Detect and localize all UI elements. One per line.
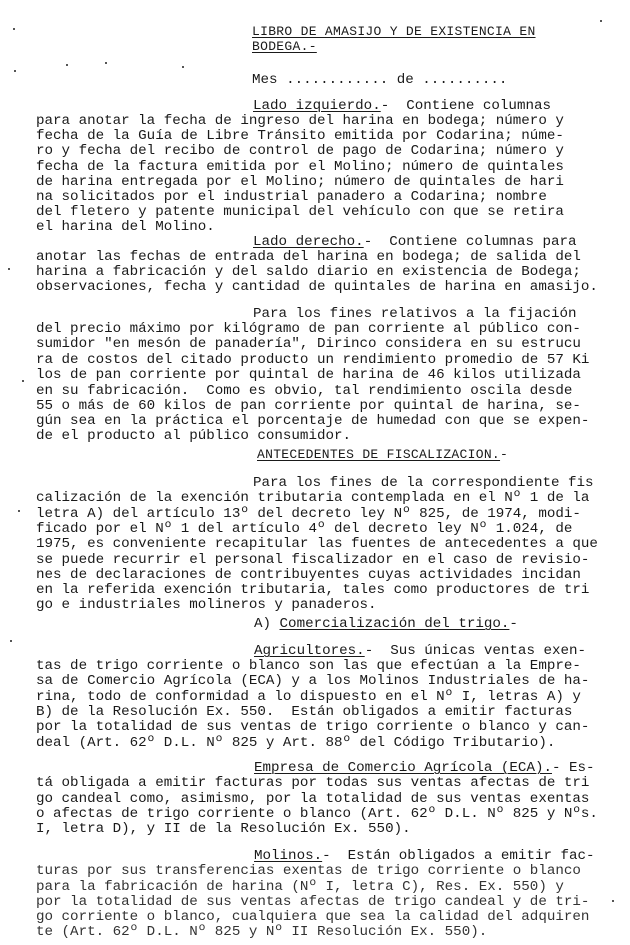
paragraph-line: del precio máximo por kilógramo de pan c… [36, 322, 581, 337]
molinos-heading: Molinos. [254, 848, 322, 864]
paragraph-line: en su fabricación. Como es obvio, tal re… [36, 384, 572, 399]
year-label: de [397, 72, 414, 88]
paragraph-line: te (Art. 62º D.L. Nº 825 y Nº II Resoluc… [36, 925, 487, 940]
comercializacion-heading-suffix: - [509, 616, 518, 632]
agricultores-heading-line: Agricultores.- Sus únicas ventas exen- [254, 644, 586, 659]
paragraph-line: calización de la exención tributaria con… [36, 491, 589, 506]
scan-speck [18, 510, 20, 512]
lado-derecho-heading-line: Lado derecho.- Contiene columnas para [253, 235, 577, 250]
scan-speck [600, 20, 602, 22]
paragraph-line: para la fabricación de harina (Nº I, let… [36, 880, 564, 895]
paragraph-line: de harina entregada por el Molino; númer… [36, 175, 564, 190]
lado-derecho-heading: Lado derecho. [253, 234, 364, 250]
document-title-line-2-text: BODEGA.- [252, 39, 317, 54]
comercializacion-prefix: A) [254, 616, 280, 632]
paragraph-line: gún sea en la práctica el porcentaje de … [36, 414, 589, 429]
lado-izquierdo-heading-line: Lado izquierdo.- Contiene columnas [253, 99, 551, 114]
lado-izquierdo-heading: Lado izquierdo. [253, 98, 381, 114]
precio-maximo-first-line: Para los fines relativos a la fijación [253, 307, 577, 322]
paragraph-line: los de pan corriente por quintal de hari… [36, 368, 581, 383]
comercializacion-heading-line: A) Comercialización del trigo.- [254, 617, 518, 632]
scan-speck [22, 380, 24, 382]
paragraph-line: del fletero y patente municipal del vehí… [36, 205, 564, 220]
paragraph-line: tá obligada a emitir facturas por todas … [36, 776, 589, 791]
scan-speck [13, 28, 15, 30]
paragraph-line: o afectas de trigo corriente o blanco (A… [36, 807, 598, 822]
paragraph-line: I, letra D), y II de la Resolución Ex. 5… [36, 822, 411, 837]
paragraph-line: sa de Comercio Agrícola (ECA) y a los Mo… [36, 674, 589, 689]
document-title-line-1: LIBRO DE AMASIJO Y DE EXISTENCIA EN [252, 24, 536, 39]
paragraph-line: nes de declaraciones de contribuyentes c… [36, 568, 581, 583]
molinos-heading-line: Molinos.- Están obligados a emitir fac- [254, 849, 595, 864]
paragraph-line: letra A) del artículo 13º del decreto le… [36, 507, 581, 522]
paragraph-line: fecha de la factura emitida por el Molin… [36, 160, 564, 175]
scan-speck [10, 640, 12, 642]
date-line: Mes ............ de .......... [252, 73, 507, 88]
paragraph-line: observaciones, fecha y cantidad de quint… [36, 280, 598, 295]
eca-heading-line: Empresa de Comercio Agrícola (ECA).- Es- [254, 761, 595, 776]
agricultores-heading: Agricultores. [254, 643, 365, 659]
paragraph-line: na solicitados por el industrial panader… [36, 190, 547, 205]
paragraph-line: por la totalidad de sus ventas de trigo … [36, 720, 589, 735]
paragraph-line: B) de la Resolución Ex. 550. Están oblig… [36, 705, 572, 720]
paragraph-line: fecha de la Guía de Libre Tránsito emiti… [36, 129, 564, 144]
scan-speck [66, 64, 68, 66]
paragraph-line: go candeal como, asimismo, por la totali… [36, 792, 589, 807]
paragraph-line: tas de trigo corriente o blanco son las … [36, 659, 581, 674]
paragraph-line: rina, todo de conformidad a lo dispuesto… [36, 690, 581, 705]
scan-speck [182, 66, 184, 68]
paragraph-line: de el producto al público consumidor. [36, 429, 351, 444]
paragraph-line: se puede recurrir el personal fiscalizad… [36, 553, 589, 568]
month-label: Mes [252, 72, 278, 88]
antecedentes-first-line: Para los fines de la correspondiente fis [253, 476, 594, 491]
eca-heading: Empresa de Comercio Agrícola (ECA). [254, 760, 552, 776]
paragraph-line: por la totalidad de sus ventas afectas d… [36, 895, 589, 910]
paragraph-line: en la referida exención tributaria, tale… [36, 583, 589, 598]
comercializacion-heading: Comercialización del trigo. [280, 616, 510, 632]
paragraph-line: 55 o más de 60 kilos de pan corriente po… [36, 399, 581, 414]
paragraph-line: ro y fecha del recibo de control de pago… [36, 144, 564, 159]
eca-heading-suffix: - Es- [552, 760, 595, 776]
paragraph-line: anotar las fechas de entrada del harina … [36, 250, 581, 265]
paragraph-line: turas por sus transferencias exentas de … [36, 864, 581, 879]
year-blank: .......... [422, 72, 507, 88]
paragraph-line: para anotar la fecha de ingreso del hari… [36, 114, 564, 129]
molinos-heading-suffix: - Están obligados a emitir fac- [322, 848, 594, 864]
paragraph-line: el harina del Molino. [36, 220, 215, 235]
paragraph-line: ficado por el Nº 1 del artículo 4º del d… [36, 522, 572, 537]
scan-speck [105, 62, 107, 64]
document-page: LIBRO DE AMASIJO Y DE EXISTENCIA EN BODE… [0, 0, 630, 945]
antecedentes-heading-suffix: - [500, 447, 508, 462]
scan-speck [8, 268, 10, 270]
lado-izquierdo-heading-suffix: - Contiene columnas [381, 98, 551, 114]
document-title-line-2: BODEGA.- [252, 39, 317, 54]
antecedentes-heading: ANTECEDENTES DE FISCALIZACION. [257, 447, 500, 462]
paragraph-line: sumidor "en mesón de panadería", Dirinco… [36, 337, 581, 352]
paragraph-line: 1975, es conveniente recapitular las fue… [36, 537, 598, 552]
paragraph-line: go corriente o blanco, cualquiera que se… [36, 910, 589, 925]
paragraph-line: go e industriales molineros y panaderos. [36, 598, 377, 613]
month-blank: ............ [286, 72, 388, 88]
agricultores-heading-suffix: - Sus únicas ventas exen- [365, 643, 586, 659]
scan-speck [612, 900, 614, 902]
scan-speck [14, 70, 16, 72]
antecedentes-heading-line: ANTECEDENTES DE FISCALIZACION.- [257, 447, 508, 462]
lado-derecho-heading-suffix: - Contiene columnas para [364, 234, 577, 250]
paragraph-line: harina a fabricación y del saldo diario … [36, 265, 581, 280]
paragraph-line: deal (Art. 62º D.L. Nº 825 y Art. 88º de… [36, 736, 555, 751]
paragraph-line: ra de costos del citado producto un rend… [36, 353, 589, 368]
